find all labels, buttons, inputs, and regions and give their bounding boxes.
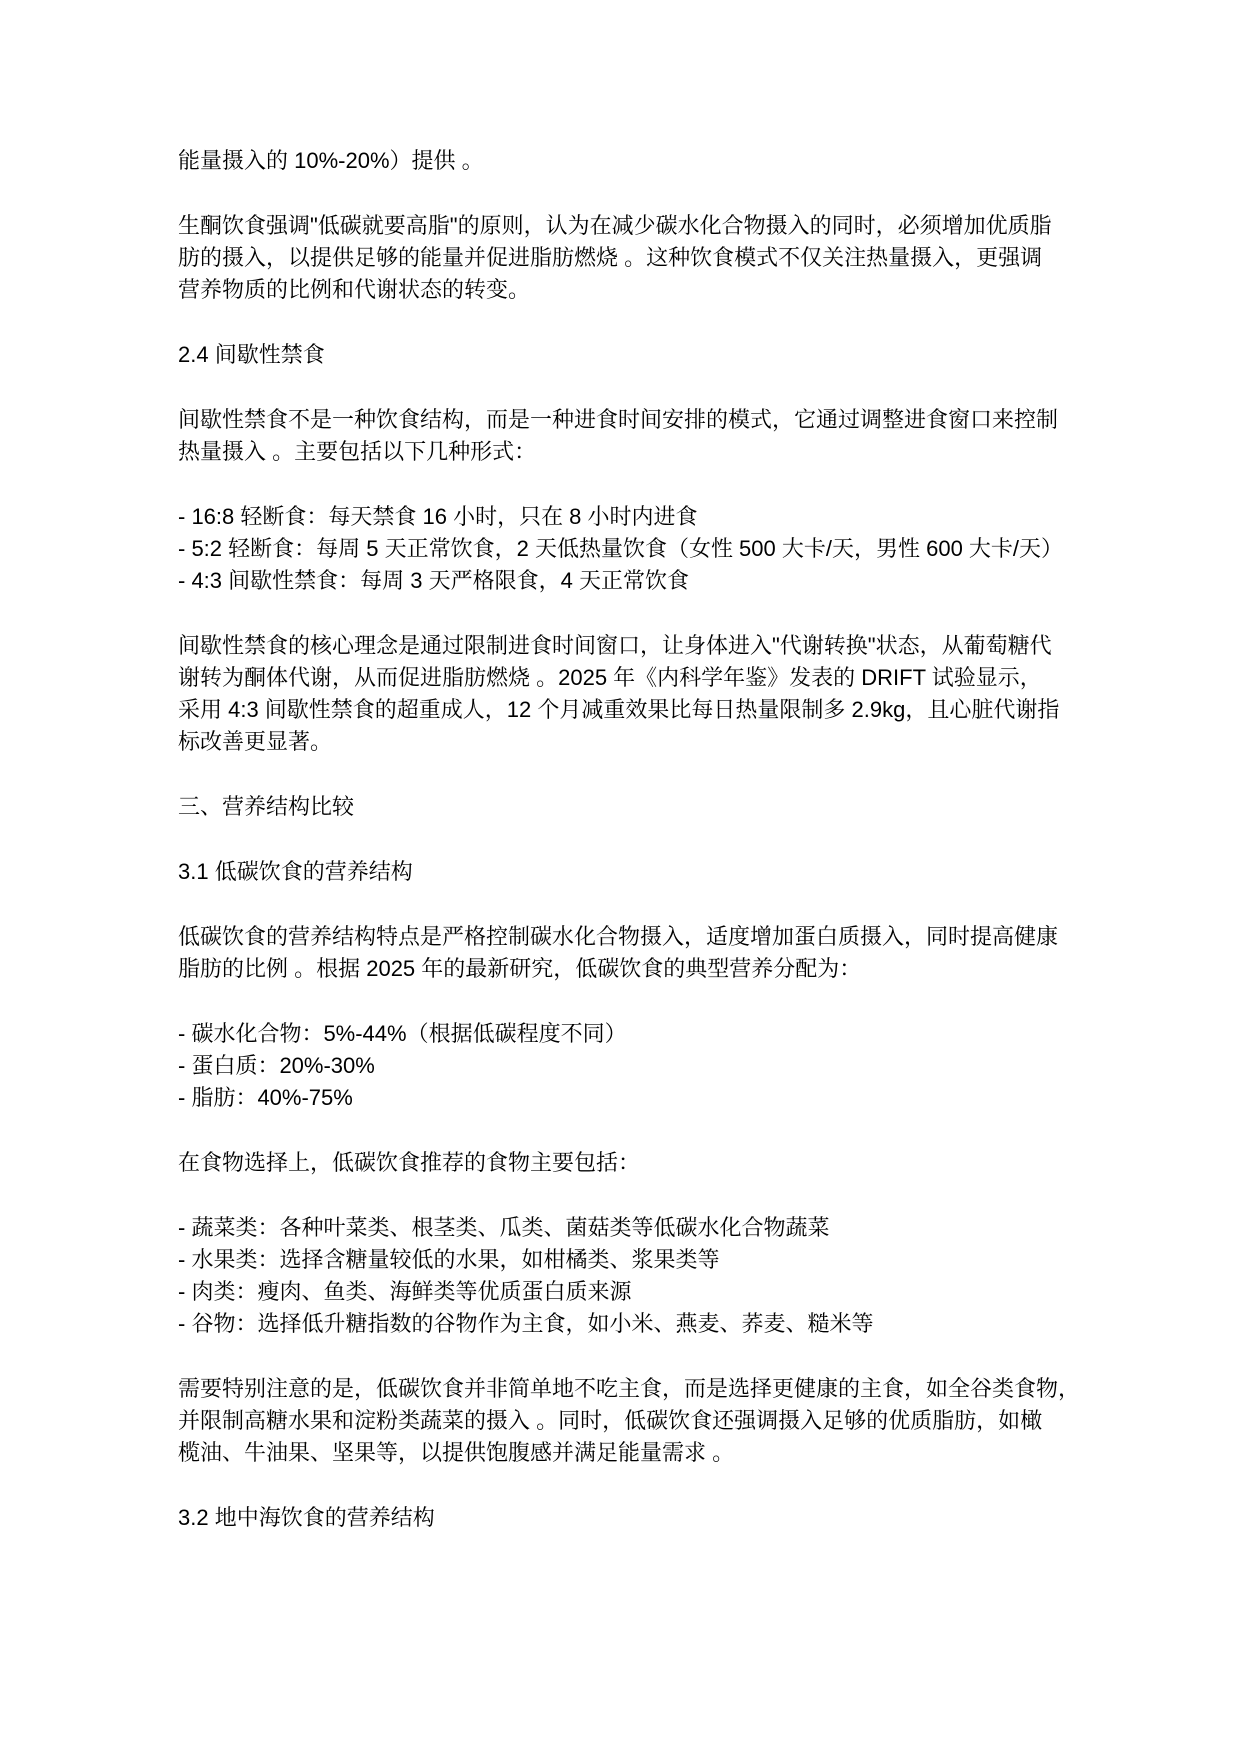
list-item: - 16:8 轻断食：每天禁食 16 小时，只在 8 小时内进食 [178, 501, 1090, 533]
list-item: - 4:3 间歇性禁食：每周 3 天严格限食，4 天正常饮食 [178, 565, 1090, 597]
document-page: 能量摄入的 10%-20%）提供 。生酮饮食强调"低碳就要高脂"的原则，认为在减… [0, 0, 1240, 1752]
text-line: 在食物选择上，低碳饮食推荐的食物主要包括： [178, 1147, 1090, 1179]
text-line: 间歇性禁食的核心理念是通过限制进食时间窗口，让身体进入"代谢转换"状态，从葡萄糖… [178, 630, 1090, 662]
list-fasting-forms: - 16:8 轻断食：每天禁食 16 小时，只在 8 小时内进食- 5:2 轻断… [178, 501, 1090, 597]
text-line: 标改善更显著。 [178, 726, 1090, 758]
heading-text: 2.4 间歇性禁食 [178, 339, 1090, 371]
text-line: 谢转为酮体代谢，从而促进脂肪燃烧 。2025 年《内科学年鉴》发表的 DRIFT… [178, 662, 1090, 694]
text-line: 采用 4:3 间歇性禁食的超重成人，12 个月减重效果比每日热量限制多 2.9k… [178, 694, 1090, 726]
heading-3-1-low-carb-structure: 3.1 低碳饮食的营养结构 [178, 856, 1090, 888]
paragraph-intermittent-fasting-intro: 间歇性禁食不是一种饮食结构，而是一种进食时间安排的模式，它通过调整进食窗口来控制… [178, 404, 1090, 468]
text-line: 热量摄入 。主要包括以下几种形式： [178, 436, 1090, 468]
paragraph-food-selection-intro: 在食物选择上，低碳饮食推荐的食物主要包括： [178, 1147, 1090, 1179]
paragraph-special-note: 需要特别注意的是，低碳饮食并非简单地不吃主食，而是选择更健康的主食，如全谷类食物… [178, 1373, 1090, 1469]
list-macro-distribution: - 碳水化合物：5%-44%（根据低碳程度不同）- 蛋白质：20%-30%- 脂… [178, 1018, 1090, 1114]
text-line: 并限制高糖水果和淀粉类蔬菜的摄入 。同时，低碳饮食还强调摄入足够的优质脂肪，如橄 [178, 1405, 1090, 1437]
heading-3-2-mediterranean-structure: 3.2 地中海饮食的营养结构 [178, 1502, 1090, 1534]
list-item: - 蛋白质：20%-30% [178, 1050, 1090, 1082]
list-item: - 5:2 轻断食：每周 5 天正常饮食，2 天低热量饮食（女性 500 大卡/… [178, 533, 1090, 565]
text-line: 低碳饮食的营养结构特点是严格控制碳水化合物摄入，适度增加蛋白质摄入，同时提高健康 [178, 921, 1090, 953]
text-line: 间歇性禁食不是一种饮食结构，而是一种进食时间安排的模式，它通过调整进食窗口来控制 [178, 404, 1090, 436]
heading-text: 三、营养结构比较 [178, 791, 1090, 823]
text-line: 能量摄入的 10%-20%）提供 。 [178, 145, 1090, 177]
text-line: 脂肪的比例 。根据 2025 年的最新研究，低碳饮食的典型营养分配为： [178, 953, 1090, 985]
list-item: - 脂肪：40%-75% [178, 1082, 1090, 1114]
document-content: 能量摄入的 10%-20%）提供 。生酮饮食强调"低碳就要高脂"的原则，认为在减… [0, 0, 1240, 1534]
paragraph-energy-intake: 能量摄入的 10%-20%）提供 。 [178, 145, 1090, 177]
text-line: 需要特别注意的是，低碳饮食并非简单地不吃主食，而是选择更健康的主食，如全谷类食物… [178, 1373, 1090, 1405]
list-item: - 碳水化合物：5%-44%（根据低碳程度不同） [178, 1018, 1090, 1050]
paragraph-low-carb-features: 低碳饮食的营养结构特点是严格控制碳水化合物摄入，适度增加蛋白质摄入，同时提高健康… [178, 921, 1090, 985]
text-line: 营养物质的比例和代谢状态的转变。 [178, 274, 1090, 306]
heading-2-4-intermittent-fasting: 2.4 间歇性禁食 [178, 339, 1090, 371]
heading-text: 3.2 地中海饮食的营养结构 [178, 1502, 1090, 1534]
list-item: - 肉类：瘦肉、鱼类、海鲜类等优质蛋白质来源 [178, 1276, 1090, 1308]
heading-section-3-nutrition-comparison: 三、营养结构比较 [178, 791, 1090, 823]
heading-text: 3.1 低碳饮食的营养结构 [178, 856, 1090, 888]
text-line: 榄油、牛油果、坚果等，以提供饱腹感并满足能量需求 。 [178, 1437, 1090, 1469]
text-line: 肪的摄入，以提供足够的能量并促进脂肪燃烧 。这种饮食模式不仅关注热量摄入，更强调 [178, 242, 1090, 274]
list-recommended-foods: - 蔬菜类：各种叶菜类、根茎类、瓜类、菌菇类等低碳水化合物蔬菜- 水果类：选择含… [178, 1212, 1090, 1340]
text-line: 生酮饮食强调"低碳就要高脂"的原则，认为在减少碳水化合物摄入的同时，必须增加优质… [178, 210, 1090, 242]
list-item: - 蔬菜类：各种叶菜类、根茎类、瓜类、菌菇类等低碳水化合物蔬菜 [178, 1212, 1090, 1244]
list-item: - 水果类：选择含糖量较低的水果，如柑橘类、浆果类等 [178, 1244, 1090, 1276]
paragraph-fasting-core-concept: 间歇性禁食的核心理念是通过限制进食时间窗口，让身体进入"代谢转换"状态，从葡萄糖… [178, 630, 1090, 758]
paragraph-ketogenic-principle: 生酮饮食强调"低碳就要高脂"的原则，认为在减少碳水化合物摄入的同时，必须增加优质… [178, 210, 1090, 306]
list-item: - 谷物：选择低升糖指数的谷物作为主食，如小米、燕麦、荞麦、糙米等 [178, 1308, 1090, 1340]
